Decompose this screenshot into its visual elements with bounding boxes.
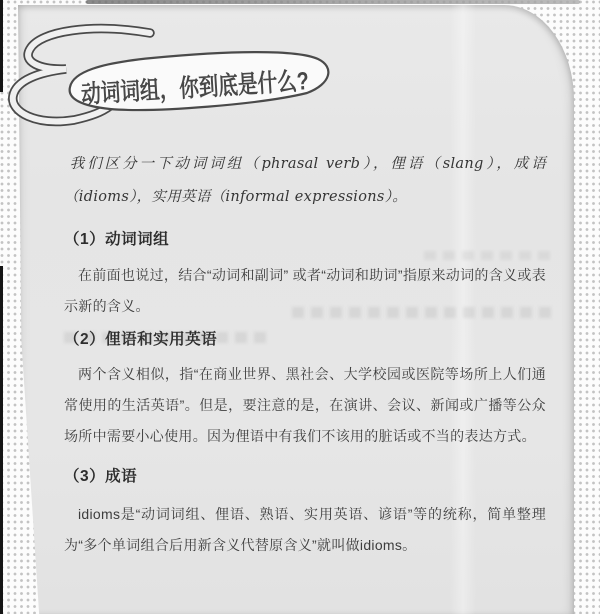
scan-left-edge-artifact [0,266,3,614]
intro-paragraph: 我们区分一下动词词组（phrasal verb），俚语（slang），成语（id… [64,148,546,214]
section-1-heading: （1）动词词组 [64,229,546,251]
page-content: 我们区分一下动词词组（phrasal verb），俚语（slang），成语（id… [64,148,546,561]
title-doodle-banner: 动词词组，你到底是什么? [0,0,380,145]
section-3-body: idioms是“动词词组、俚语、熟语、实用英语、谚语”等的统称，简单整理为“多个… [64,499,546,561]
section-1-body: 在前面也说过，结合“动词和副词” 或者“动词和助词”指原来动词的含义或表示新的含… [64,260,546,322]
section-3-heading: （3）成语 [64,466,546,488]
section-2-body: 两个含义相似，指“在商业世界、黑社会、大学校园或医院等场所上人们通常使用的生活英… [64,359,546,452]
scanned-book-page: 我们区分一下动词词组（phrasal verb），俚语（slang），成语（id… [0,0,600,614]
section-2-heading: （2）俚语和实用英语 [64,329,546,351]
